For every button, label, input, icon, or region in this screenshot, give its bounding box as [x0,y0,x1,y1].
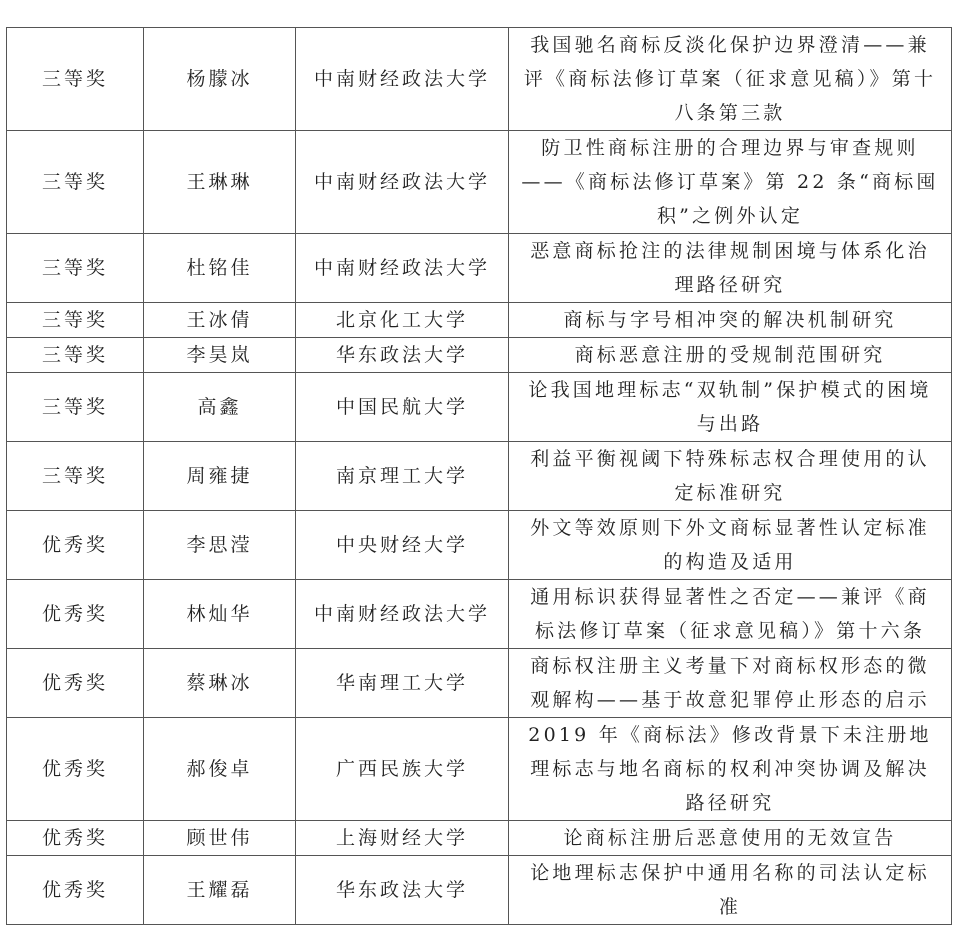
table-row: 三等奖李昊岚华东政法大学商标恶意注册的受规制范围研究 [7,338,952,373]
table-row: 优秀奖王耀磊华东政法大学论地理标志保护中通用名称的司法认定标准 [7,856,952,925]
table-row: 三等奖杨朦冰中南财经政法大学我国驰名商标反淡化保护边界澄清——兼评《商标法修订草… [7,28,952,131]
paper-title-cell: 恶意商标抢注的法律规制困境与体系化治理路径研究 [509,234,952,303]
paper-title-cell: 利益平衡视阈下特殊标志权合理使用的认定标准研究 [509,442,952,511]
table-row: 优秀奖顾世伟上海财经大学论商标注册后恶意使用的无效宣告 [7,821,952,856]
school-cell: 中南财经政法大学 [296,28,509,131]
table-body: 三等奖杨朦冰中南财经政法大学我国驰名商标反淡化保护边界澄清——兼评《商标法修订草… [7,28,952,925]
award-level-cell: 三等奖 [7,28,144,131]
award-level-cell: 三等奖 [7,303,144,338]
award-level-cell: 三等奖 [7,373,144,442]
school-cell: 上海财经大学 [296,821,509,856]
table-row: 优秀奖李思滢中央财经大学外文等效原则下外文商标显著性认定标准的构造及适用 [7,511,952,580]
award-level-cell: 三等奖 [7,338,144,373]
school-cell: 北京化工大学 [296,303,509,338]
table-row: 优秀奖蔡琳冰华南理工大学商标权注册主义考量下对商标权形态的微观解构——基于故意犯… [7,649,952,718]
paper-title-cell: 商标与字号相冲突的解决机制研究 [509,303,952,338]
paper-title-cell: 通用标识获得显著性之否定——兼评《商标法修订草案（征求意见稿）》第十六条 [509,580,952,649]
winner-name-cell: 杜铭佳 [144,234,296,303]
award-level-cell: 优秀奖 [7,580,144,649]
paper-title-cell: 我国驰名商标反淡化保护边界澄清——兼评《商标法修订草案（征求意见稿）》第十八条第… [509,28,952,131]
school-cell: 广西民族大学 [296,718,509,821]
paper-title-cell: 论地理标志保护中通用名称的司法认定标准 [509,856,952,925]
winner-name-cell: 高鑫 [144,373,296,442]
award-level-cell: 优秀奖 [7,511,144,580]
school-cell: 华东政法大学 [296,338,509,373]
paper-title-cell: 商标恶意注册的受规制范围研究 [509,338,952,373]
winner-name-cell: 蔡琳冰 [144,649,296,718]
winner-name-cell: 王耀磊 [144,856,296,925]
award-level-cell: 优秀奖 [7,718,144,821]
award-level-cell: 三等奖 [7,234,144,303]
paper-title-cell: 论我国地理标志“双轨制”保护模式的困境与出路 [509,373,952,442]
school-cell: 中南财经政法大学 [296,580,509,649]
paper-title-cell: 商标权注册主义考量下对商标权形态的微观解构——基于故意犯罪停止形态的启示 [509,649,952,718]
table-row: 三等奖高鑫中国民航大学论我国地理标志“双轨制”保护模式的困境与出路 [7,373,952,442]
winner-name-cell: 李昊岚 [144,338,296,373]
table-row: 三等奖王琳琳中南财经政法大学防卫性商标注册的合理边界与审查规则——《商标法修订草… [7,131,952,234]
table-row: 三等奖杜铭佳中南财经政法大学恶意商标抢注的法律规制困境与体系化治理路径研究 [7,234,952,303]
award-level-cell: 三等奖 [7,442,144,511]
paper-title-cell: 防卫性商标注册的合理边界与审查规则——《商标法修订草案》第 22 条“商标囤积”… [509,131,952,234]
winner-name-cell: 李思滢 [144,511,296,580]
school-cell: 华南理工大学 [296,649,509,718]
school-cell: 华东政法大学 [296,856,509,925]
winner-name-cell: 杨朦冰 [144,28,296,131]
paper-title-cell: 外文等效原则下外文商标显著性认定标准的构造及适用 [509,511,952,580]
table-row: 三等奖王冰倩北京化工大学商标与字号相冲突的解决机制研究 [7,303,952,338]
school-cell: 中国民航大学 [296,373,509,442]
school-cell: 中央财经大学 [296,511,509,580]
paper-title-cell: 论商标注册后恶意使用的无效宣告 [509,821,952,856]
winner-name-cell: 王冰倩 [144,303,296,338]
winner-name-cell: 林灿华 [144,580,296,649]
winner-name-cell: 王琳琳 [144,131,296,234]
school-cell: 南京理工大学 [296,442,509,511]
paper-title-cell: 2019 年《商标法》修改背景下未注册地理标志与地名商标的权利冲突协调及解决路径… [509,718,952,821]
school-cell: 中南财经政法大学 [296,131,509,234]
table-row: 三等奖周雍捷南京理工大学利益平衡视阈下特殊标志权合理使用的认定标准研究 [7,442,952,511]
award-level-cell: 优秀奖 [7,856,144,925]
winner-name-cell: 顾世伟 [144,821,296,856]
award-level-cell: 优秀奖 [7,821,144,856]
school-cell: 中南财经政法大学 [296,234,509,303]
table-row: 优秀奖郝俊卓广西民族大学2019 年《商标法》修改背景下未注册地理标志与地名商标… [7,718,952,821]
award-winners-table: 三等奖杨朦冰中南财经政法大学我国驰名商标反淡化保护边界澄清——兼评《商标法修订草… [6,27,952,925]
table-row: 优秀奖林灿华中南财经政法大学通用标识获得显著性之否定——兼评《商标法修订草案（征… [7,580,952,649]
winner-name-cell: 郝俊卓 [144,718,296,821]
award-level-cell: 三等奖 [7,131,144,234]
award-level-cell: 优秀奖 [7,649,144,718]
winner-name-cell: 周雍捷 [144,442,296,511]
